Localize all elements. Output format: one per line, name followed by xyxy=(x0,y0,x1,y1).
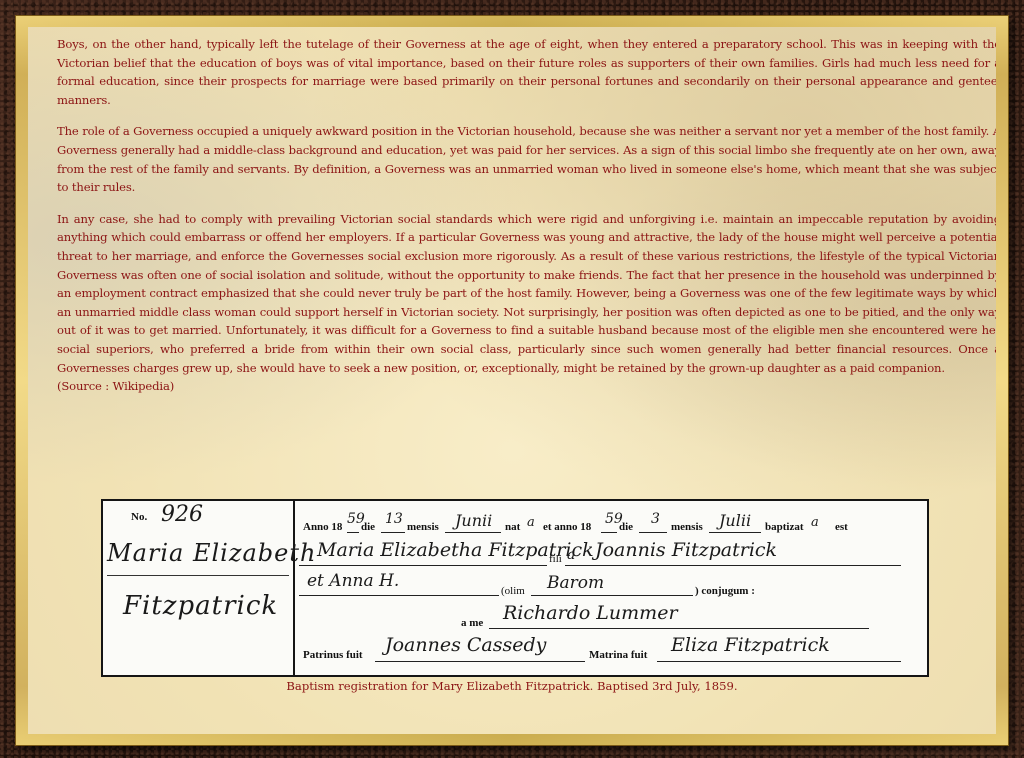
record-number-value: 926 xyxy=(161,502,203,527)
olim-label: (olim xyxy=(501,585,525,597)
underline xyxy=(375,661,585,662)
underline xyxy=(299,595,499,596)
die-label: die xyxy=(361,521,375,533)
baptism-record-image: No. 926 Maria Elizabeth Fitzpatrick Anno… xyxy=(101,499,929,677)
patrinus-label: Patrinus fuit xyxy=(303,649,363,661)
underline xyxy=(381,532,405,533)
matrina-value: Eliza Fitzpatrick xyxy=(671,634,830,656)
est-label: est xyxy=(835,521,848,533)
divider xyxy=(107,575,289,576)
underline xyxy=(489,628,869,629)
baptizat-suffix: a xyxy=(811,515,819,530)
paragraph-governess-role: The role of a Governess occupied a uniqu… xyxy=(57,122,996,196)
record-left-name-surname: Fitzpatrick xyxy=(123,591,278,621)
nat-label: nat xyxy=(505,521,520,533)
mensis2-label: mensis xyxy=(671,521,703,533)
fili-label: fili xyxy=(549,553,562,565)
gold-frame: Boys, on the other hand, typically left … xyxy=(16,16,1008,745)
die2-value: 3 xyxy=(651,511,660,527)
et-anno-label: et anno 18 xyxy=(543,521,591,533)
matrina-label: Matrina fuit xyxy=(589,649,647,661)
underline xyxy=(709,532,761,533)
die2-label: die xyxy=(619,521,633,533)
underline xyxy=(299,565,547,566)
nat-suffix: a xyxy=(527,515,535,530)
underline xyxy=(445,532,501,533)
priest-name: Richardo Lummer xyxy=(503,602,678,624)
mother-name: et Anna H. xyxy=(307,571,399,591)
record-right-column: Anno 18 59 die 13 mensis Junii nat a et … xyxy=(295,501,927,675)
article-body: Boys, on the other hand, typically left … xyxy=(57,35,996,396)
underline xyxy=(639,532,667,533)
mensis-label: mensis xyxy=(407,521,439,533)
fili-suffix: a xyxy=(567,547,575,563)
source-citation: (Source : Wikipedia) xyxy=(57,377,996,396)
underline xyxy=(565,565,901,566)
record-left-name-first: Maria Elizabeth xyxy=(107,539,316,567)
mensis-value: Junii xyxy=(455,511,492,530)
father-name: Joannis Fitzpatrick xyxy=(595,539,777,561)
parchment-panel: Boys, on the other hand, typically left … xyxy=(28,27,996,734)
underline xyxy=(657,661,901,662)
die-value: 13 xyxy=(385,511,403,527)
record-number-label: No. xyxy=(131,511,147,523)
underline xyxy=(347,532,359,533)
baptizat-label: baptizat xyxy=(765,521,804,533)
patrinus-value: Joannes Cassedy xyxy=(385,634,546,656)
a-me-label: a me xyxy=(461,617,483,629)
anno-label: Anno 18 xyxy=(303,521,342,533)
conjugum-label: ) conjugum : xyxy=(695,585,755,597)
image-caption: Baptism registration for Mary Elizabeth … xyxy=(28,679,996,693)
mensis2-value: Julii xyxy=(719,511,751,530)
underline xyxy=(531,595,693,596)
paragraph-social-standards: In any case, she had to comply with prev… xyxy=(57,210,996,377)
record-left-column: No. 926 Maria Elizabeth Fitzpatrick xyxy=(103,501,295,675)
paragraph-boys-education: Boys, on the other hand, typically left … xyxy=(57,35,996,109)
underline xyxy=(601,532,617,533)
olim-value: Barom xyxy=(547,573,604,593)
